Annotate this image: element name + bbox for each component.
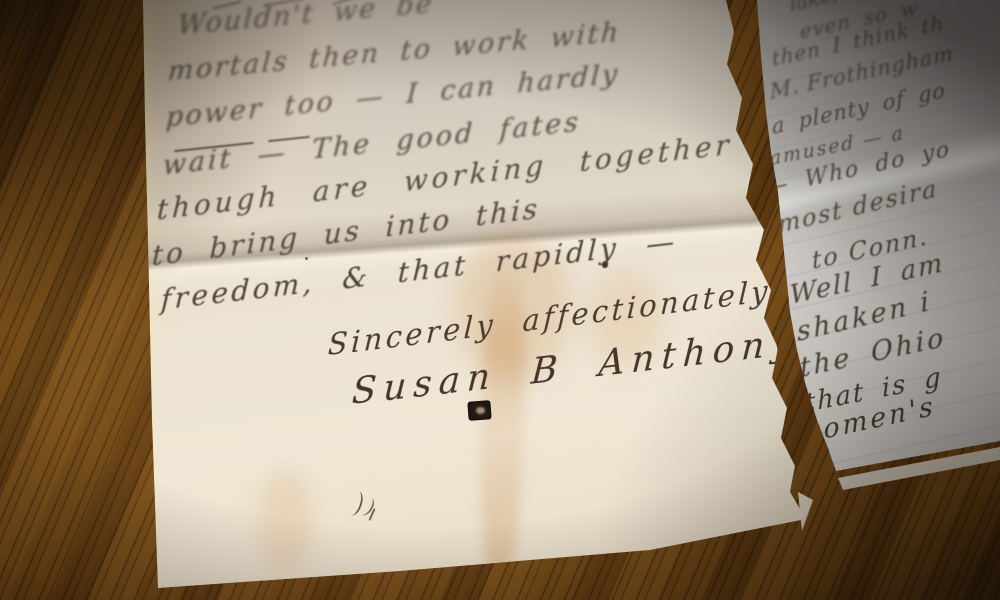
seal-remnant-highlight (476, 407, 485, 414)
ink-stain (258, 468, 313, 573)
ink-speck (305, 257, 308, 260)
photo-scene: Wouldn't we be mortals then to work with… (0, 0, 1000, 600)
